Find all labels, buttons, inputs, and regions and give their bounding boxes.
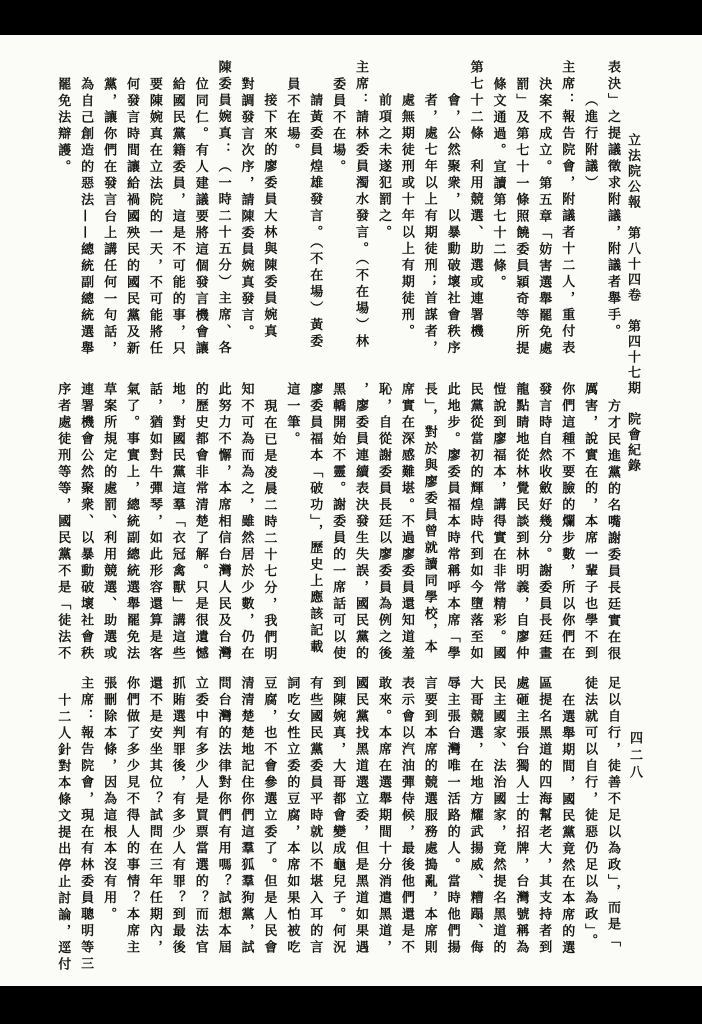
text-column: 此地步。廖委員福本時常稱呼本席「學	[440, 382, 463, 678]
text-column: 對調發言次序，請陳委員婉真發言。	[234, 60, 257, 356]
text-column: 決案不成立。第五章「妨害選舉罷免處	[531, 60, 554, 356]
gazette-scan-page: 立法院公報 第八十四卷 第四十七期 院會紀錄 表決」之提議徵求附議，附議者舉手。…	[0, 0, 702, 1024]
text-column: 還不是安坐其位？試問在三年任期內，	[142, 676, 165, 972]
text-column: 陳委員婉真：（一時二十五分）主席、各	[211, 60, 234, 356]
text-column: 區提名黑道的四海幫老大，其支持者到	[531, 676, 554, 972]
text-column: 有些國民黨委員平時就以不堪入耳的言	[302, 676, 325, 972]
text-block-bottom: 足以自行，徒善不足以為政」，而是「徒法就可以自行，徒惡仍足以為政」。在選舉期間，…	[50, 676, 623, 972]
text-column: （進行附議）	[577, 60, 600, 356]
text-block-top: 表決」之提議徵求附議，附議者舉手。（進行附議）主席：報告院會，附議者十二人，重付…	[50, 60, 623, 356]
text-column: 氣了。事實上，總統副總統選舉罷免法	[119, 382, 142, 678]
text-column: 表決」之提議徵求附議，附議者舉手。	[600, 60, 623, 356]
text-column: 處無期徒刑或十年以上有期徒刑。	[394, 60, 417, 356]
text-column: 現在已是凌晨二時二十七分，我們明	[257, 382, 280, 678]
text-column: 黨，讓你們在發言台上講任何一句話，	[96, 60, 119, 356]
text-column: 清清楚楚地記住你們這羣狐羣狗黨，試	[234, 676, 257, 972]
text-column: 黑轎開始不靈。謝委員的一席話可以使	[325, 382, 348, 678]
text-column: 序者處徒刑等等，國民黨不是「徒法不	[50, 382, 73, 678]
text-column: 草案所規定的處罰、利用競選、助選或	[96, 382, 119, 678]
text-column: 民黨從當初的輝煌時代到如今墮落至如	[463, 382, 486, 678]
text-column: 表示會以汽油彈侍候，最後他們還是不	[394, 676, 417, 972]
text-column: 給國民黨籍委員，這是不可能的事，只	[165, 60, 188, 356]
text-column: 主席：報告院會，附議者十二人，重付表	[554, 60, 577, 356]
text-column: 主席：請林委員濁水發言。（不在場）林	[348, 60, 371, 356]
page-number: 四二八	[625, 731, 644, 791]
text-column: ，廖委員連續表決發生失誤，國民黨的	[348, 382, 371, 678]
text-column: 方才民進黨的名嘴謝委員長廷實在很	[600, 382, 623, 678]
text-column: 處砸主張台獨人士的招牌，台灣號稱為	[508, 676, 531, 972]
text-column: 立委中有多少人是買票當選的？而法官	[188, 676, 211, 972]
text-column: 連署機會公然聚衆、以暴動破壞社會秩	[73, 382, 96, 678]
text-column: 龍點睛地從林覺民談到林明義，自廖仲	[508, 382, 531, 678]
text-column: 愷說到廖福本，講得實在非常精彩。國	[486, 382, 509, 678]
text-column: 你們做了多少見不得人的事情？本席主	[119, 676, 142, 972]
scan-border-top	[0, 0, 702, 35]
text-column: 席實在深感難堪。不過廖委員還知道羞	[394, 382, 417, 678]
text-column: 足以自行，徒善不足以為政」，而是「	[600, 676, 623, 972]
text-column: 民主國家、法治國家，竟然提名黑道的	[486, 676, 509, 972]
text-column: 要陳婉真在立法院的一天，不可能將任	[142, 60, 165, 356]
text-column: 罰」及第七十一條照饒委員穎奇等所提	[508, 60, 531, 356]
text-column: 言要到本席的競選服務處搗亂，本席則	[417, 676, 440, 972]
text-column: 國民黨找黑道選立委，但是黑道如果遇	[348, 676, 371, 972]
header-volume-issue: 立法院公報 第八十四卷 第四十七期 院會紀錄	[623, 133, 642, 463]
text-column: 話，猶如對牛彈琴，如此形容還算是客	[142, 382, 165, 678]
text-column: 十二人針對本條文提出停止討論，逕付	[50, 676, 73, 972]
text-column: 問台灣的法律對你們有用嗎？試想本屆	[211, 676, 234, 972]
text-column: 長」，對於與廖委員曾就讀同學校，本	[417, 382, 440, 678]
text-column: 為自己創造的惡法——總統副總統選舉	[73, 60, 96, 356]
text-column: 恥，自從謝委員長廷以廖委員為例之後	[371, 382, 394, 678]
text-column: 豆腐，也不會參選立委了。但是人民會	[257, 676, 280, 972]
text-column: 的歷史都會非常清楚了解。只是很遺憾	[188, 382, 211, 678]
text-column: 條文通過。宣讀第七十二條。	[486, 60, 509, 356]
text-block-middle: 方才民進黨的名嘴謝委員長廷實在很厲害，說實在的，本席一輩子也學不到你們這種不要臉…	[50, 382, 623, 678]
scan-border-bottom	[0, 986, 702, 1024]
text-column: 此努力不懈，本席相信台灣人民及台灣	[211, 382, 234, 678]
text-column: 前項之未遂犯罰之。	[371, 60, 394, 356]
text-column: 張刪除本條，因為這根本沒有用。	[96, 676, 119, 972]
text-column: 罷免法辯護。	[50, 60, 73, 356]
text-column: 地，對國民黨這羣「衣冠禽獸」講這些	[165, 382, 188, 678]
text-column: 何發言時間讓給禍國殃民的國民黨及新	[119, 60, 142, 356]
text-column: 徒法就可以自行，徒惡仍足以為政」。	[577, 676, 600, 972]
text-column: 敢來。本席在選舉期間十分消遣黑道，	[371, 676, 394, 972]
text-column: 接下來的廖委員大林與陳委員婉真	[257, 60, 280, 356]
text-column: 請黃委員煌雄發言。（不在場）黃委	[302, 60, 325, 356]
text-column: 委員不在場。	[325, 60, 348, 356]
text-column: 大哥競選，在地方耀武揚威、糟蹋、侮	[463, 676, 486, 972]
text-column: 第七十二條 利用競選、助選或連署機	[463, 60, 486, 356]
text-column: 厲害，說實在的，本席一輩子也學不到	[577, 382, 600, 678]
text-column: 員不在場。	[279, 60, 302, 356]
text-column: 位同仁。有人建議要將這個發言機會讓	[188, 60, 211, 356]
text-column: 廖委員福本「破功」，歷史上應該記載	[302, 382, 325, 678]
text-column: 辱主張台灣唯一活路的人。當時他們揚	[440, 676, 463, 972]
text-column: 詞吃女性立委的豆腐，本席如果怕被吃	[279, 676, 302, 972]
text-column: 到陳婉真，大哥都會變成龜兒子。何況	[325, 676, 348, 972]
text-column: 你們這種不要臉的爛步數，所以你們在	[554, 382, 577, 678]
text-column: 在選舉期間，國民黨竟然在本席的選	[554, 676, 577, 972]
text-column: 主席：報告院會，現在有林委員聰明等三	[73, 676, 96, 972]
text-column: 這一筆。	[279, 382, 302, 678]
text-column: 發言時自然收斂好幾分。謝委員長廷畫	[531, 382, 554, 678]
text-column: 知不可為而為之，雖然居於少數，仍在	[234, 382, 257, 678]
text-column: 會，公然聚衆，以暴動破壞社會秩序	[440, 60, 463, 356]
text-column: 者，處七年以上有期徒刑；首謀者，	[417, 60, 440, 356]
text-column: 抓賄選判罪後，有多少人有罪？到最後	[165, 676, 188, 972]
